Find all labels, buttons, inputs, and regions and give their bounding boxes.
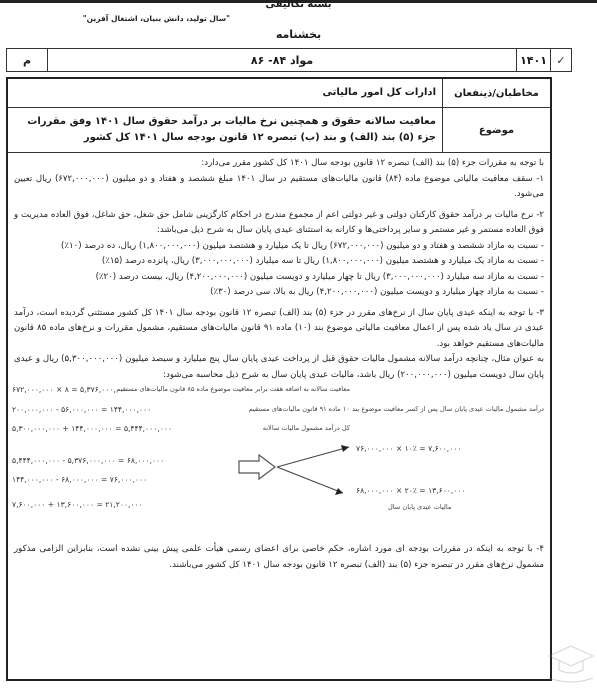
audience-label: مخاطبان/ذینفعان [443, 79, 551, 108]
calc-line-1-desc: معافیت سالانه به اضافه هفت برابر معافیت … [116, 385, 350, 393]
branch-top-eq: ۷۶,۰۰۰,۰۰۰ × ۱۰٪ = ۷,۶۰۰,۰۰۰ [356, 444, 461, 453]
audience-value: ادارات کل امور مالیاتی [8, 79, 443, 108]
item-3: ۳- با توجه به اینکه عیدی پایان سال از نر… [14, 306, 544, 353]
calc-line-2: ۲۰۰,۰۰۰,۰۰۰ - ۵۶,۰۰۰,۰۰۰ = ۱۴۴,۰۰۰,۰۰۰ [12, 405, 151, 414]
calc-line-1: ۶۷۲,۰۰۰,۰۰۰ × ۸ = ۵,۳۷۶,۰۰۰,۰۰۰ [12, 385, 128, 394]
bracket-1: - نسبت به مازاد ششصد و هفتاد و دو میلیون… [14, 239, 544, 255]
calc-line-2-desc: درآمد مشمول مالیات عیدی پایان سال پس از … [249, 405, 544, 413]
circular-page: بسته تکالیفی "سال تولید، دانش بنیان، اشت… [0, 0, 597, 688]
header-row: ✓ ۱۴۰۱ مواد ۸۴- ۸۶ م [6, 48, 572, 72]
check-mark-icon: ✓ [550, 49, 571, 71]
item-4: ۴- با توجه به اینکه در مقررات بودجه ای م… [8, 533, 550, 573]
item-1: ۱- سقف معافیت مالیاتی موضوع ماده (۸۴) قا… [14, 172, 544, 203]
branch-arrow-icon [223, 423, 363, 513]
intro-paragraph: با توجه به مقررات جزء (۵) بند (الف) تبصر… [14, 156, 544, 172]
calc-line-5: ۱۴۴,۰۰۰,۰۰۰ - ۶۸,۰۰۰,۰۰۰ = ۷۶,۰۰۰,۰۰۰ [12, 475, 147, 484]
example-paragraph: به عنوان مثال، چنانچه درآمد سالانه مشمول… [14, 352, 544, 383]
main-content-box: مخاطبان/ذینفعان ادارات کل امور مالیاتی م… [6, 77, 552, 681]
series-title: بسته تکالیفی [0, 0, 597, 12]
bracket-4: - نسبت به مازاد چهار میلیارد و دویست میل… [14, 285, 544, 301]
document-type: بخشنامه [0, 28, 597, 41]
subject-value: معافیت سالانه حقوق و همچنین نرخ مالیات ب… [8, 108, 443, 153]
calculation-area: ۶۷۲,۰۰۰,۰۰۰ × ۸ = ۵,۳۷۶,۰۰۰,۰۰۰ معافیت س… [8, 383, 550, 533]
calc-line-3: ۵,۳۰۰,۰۰۰,۰۰۰ + ۱۴۴,۰۰۰,۰۰۰ = ۵,۴۴۴,۰۰۰,… [12, 424, 172, 433]
bracket-2: - نسبت به مازاد یک میلیارد و هشتصد میلیو… [14, 254, 544, 270]
meta-table: مخاطبان/ذینفعان ادارات کل امور مالیاتی م… [8, 79, 550, 153]
subject-label: موضوع [443, 108, 551, 153]
page-letter-cell: م [7, 49, 47, 71]
year-cell: ۱۴۰۱ [516, 49, 550, 71]
item-2: ۲- نرخ مالیات بر درآمد حقوق کارکنان دولت… [14, 208, 544, 239]
calc-line-4: ۵,۴۴۴,۰۰۰,۰۰۰ - ۵,۳۷۶,۰۰۰,۰۰۰ = ۶۸,۰۰۰,۰… [12, 456, 164, 465]
bracket-3: - نسبت به مازاد سه میلیارد (۳,۰۰۰,۰۰۰,۰۰… [14, 270, 544, 286]
branch-bottom-eq: ۶۸,۰۰۰,۰۰۰ × ۲۰٪ = ۱۳,۶۰۰,۰۰۰ [356, 486, 466, 495]
year-slogan: "سال تولید، دانش بنیان، اشتغال آفرین" [30, 14, 230, 23]
branch-caption: مالیات عیدی پایان سال [388, 503, 451, 511]
articles-cell: مواد ۸۴- ۸۶ [47, 49, 516, 71]
body-text: با توجه به مقررات جزء (۵) بند (الف) تبصر… [8, 153, 550, 383]
watermark-logo-icon [545, 642, 597, 686]
calc-line-6: ۷,۶۰۰,۰۰۰ + ۱۳,۶۰۰,۰۰۰ = ۲۱,۲۰۰,۰۰۰ [12, 500, 143, 509]
